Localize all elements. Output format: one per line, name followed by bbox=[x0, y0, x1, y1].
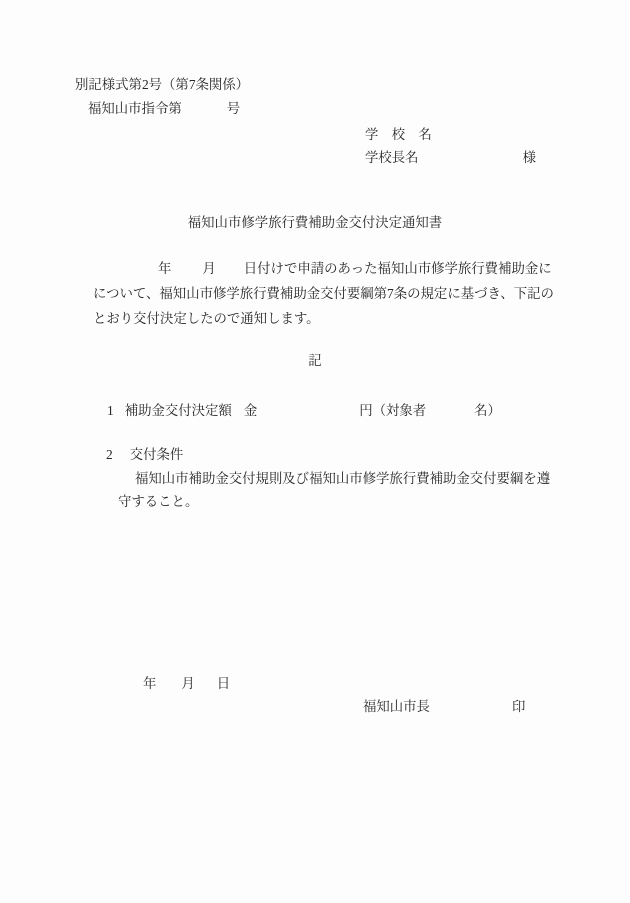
blank-body-year bbox=[171, 271, 202, 273]
item-1-number: 1 bbox=[107, 403, 114, 418]
blank-footer-month bbox=[195, 686, 217, 688]
item-1-currency-suffix: 円（対象者 bbox=[359, 403, 426, 418]
record-marker: 記 bbox=[308, 353, 321, 368]
document-title-line: 福知山市修学旅行費補助金交付決定通知書 bbox=[0, 214, 630, 231]
item-1-label-gap bbox=[232, 413, 244, 415]
body-line-2-text: について、福知山市修学旅行費補助金交付要綱第7条の規定に基づき、下記の bbox=[93, 286, 554, 301]
addressee-principal-line: 学校長名様 bbox=[365, 149, 536, 166]
body-line-1-text: 日付けで申請のあった福知山市修学旅行費補助金に bbox=[244, 261, 552, 276]
blank-recipient-count bbox=[426, 413, 474, 415]
item-1-line: 1補助金交付決定額金円（対象者名） bbox=[107, 402, 501, 419]
item-2-body-text-2: 守すること。 bbox=[118, 494, 198, 509]
directive-suffix: 号 bbox=[227, 101, 240, 116]
footer-year: 年 bbox=[143, 676, 156, 691]
blank-directive-number bbox=[182, 111, 227, 113]
form-number-label: 別記様式第2号（第7条関係） bbox=[75, 77, 249, 92]
footer-month: 月 bbox=[181, 676, 194, 691]
body-paragraph-line-2: について、福知山市修学旅行費補助金交付要綱第7条の規定に基づき、下記の bbox=[93, 285, 554, 302]
item-2-number: 2 bbox=[106, 447, 113, 462]
document-title: 福知山市修学旅行費補助金交付決定通知書 bbox=[188, 215, 442, 230]
body-paragraph-line-1: 年月日付けで申請のあった福知山市修学旅行費補助金に bbox=[158, 260, 552, 277]
item-2-label: 交付条件 bbox=[130, 447, 184, 462]
body-date-year: 年 bbox=[158, 261, 171, 276]
principal-name-label: 学校長名 bbox=[365, 150, 419, 165]
item-2-body-text-1: 福知山市補助金交付規則及び福知山市修学旅行費補助金交付要綱を遵 bbox=[135, 471, 550, 486]
footer-signer-line: 福知山市長印 bbox=[363, 698, 525, 715]
footer-day: 日 bbox=[217, 676, 230, 691]
blank-amount bbox=[257, 413, 359, 415]
body-line-3-text: とおり交付決定したので通知します。 bbox=[93, 311, 320, 326]
item-1-number-gap bbox=[114, 413, 125, 415]
record-marker-line: 記 bbox=[0, 352, 630, 369]
seal-label: 印 bbox=[512, 699, 525, 714]
school-name-label: 学 校 名 bbox=[365, 127, 432, 142]
blank-footer-year bbox=[156, 686, 181, 688]
footer-date-line: 年月日 bbox=[143, 675, 230, 692]
form-number-line: 別記様式第2号（第7条関係） bbox=[75, 76, 249, 93]
honorific-label: 様 bbox=[523, 150, 536, 165]
item-2-body-line-2: 守すること。 bbox=[118, 493, 198, 510]
addressee-school-line: 学 校 名 bbox=[365, 126, 432, 143]
item-1-count-suffix: 名） bbox=[474, 403, 501, 418]
item-2-body-line-1: 福知山市補助金交付規則及び福知山市修学旅行費補助金交付要綱を遵 bbox=[135, 470, 550, 487]
item-2-line: 2交付条件 bbox=[106, 446, 183, 463]
body-paragraph-line-3: とおり交付決定したので通知します。 bbox=[93, 310, 320, 327]
signer-label: 福知山市長 bbox=[363, 699, 430, 714]
document-page: 別記様式第2号（第7条関係） 福知山市指令第号 学 校 名 学校長名様 福知山市… bbox=[0, 0, 630, 903]
directive-number-line: 福知山市指令第号 bbox=[88, 100, 240, 117]
item-2-number-gap bbox=[113, 457, 130, 459]
body-date-month: 月 bbox=[202, 261, 215, 276]
blank-principal-name bbox=[419, 160, 523, 162]
item-1-label: 補助金交付決定額 bbox=[125, 403, 232, 418]
directive-prefix: 福知山市指令第 bbox=[88, 101, 182, 116]
blank-signature bbox=[430, 709, 512, 711]
blank-body-month bbox=[216, 271, 244, 273]
item-1-currency-prefix: 金 bbox=[244, 403, 257, 418]
